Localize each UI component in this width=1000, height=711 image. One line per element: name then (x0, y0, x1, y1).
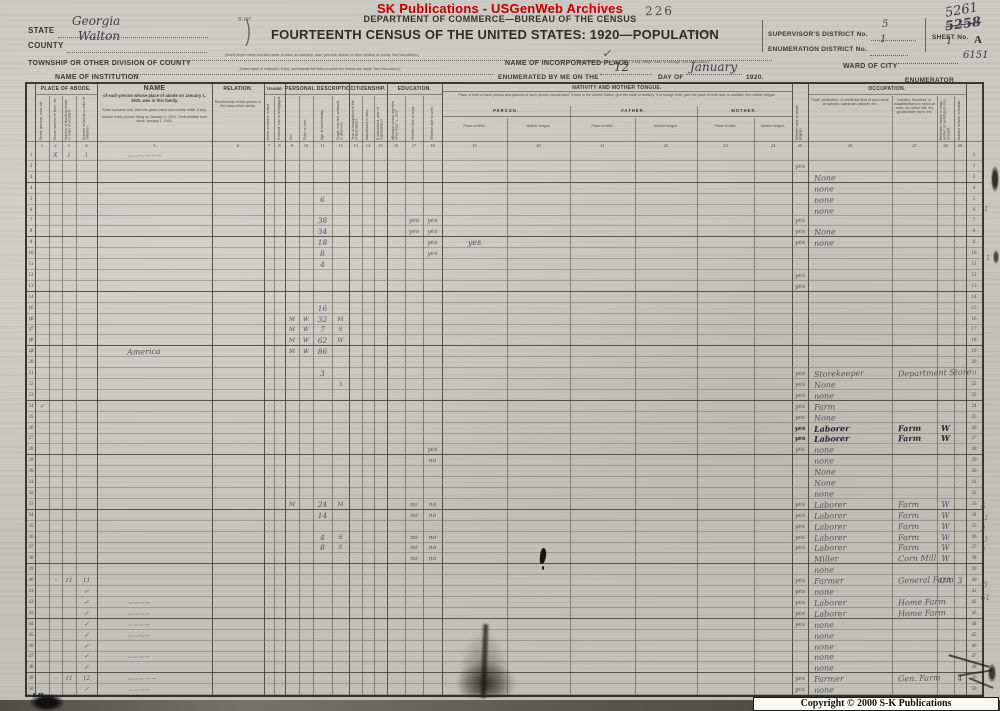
state-label: STATE (28, 26, 55, 35)
handwritten-entry: ✓ (76, 684, 97, 696)
row-number-right: 44 (966, 619, 982, 630)
handwritten-entry: 8 (313, 542, 332, 553)
handwritten-entry: 1 (62, 150, 76, 161)
column-header-label: 21 (570, 143, 635, 148)
column-header-label: 19 (442, 143, 507, 148)
handwritten-entry: W (937, 499, 954, 510)
edge-stamp: 8-4B (33, 693, 44, 699)
column-header-label: Number of farm schedule. (954, 96, 966, 140)
handwritten-entry: M (285, 346, 299, 357)
handwritten-entry: W (299, 346, 313, 357)
handwritten-entry: yes (792, 161, 808, 172)
sheet-letter: A (974, 34, 982, 46)
row-number-left: 5 (27, 194, 35, 205)
row-number-right: 2 (966, 161, 982, 172)
row-number-left: 45 (27, 630, 35, 641)
handwritten-entry: ✓ (76, 618, 97, 630)
pen-bracket-mark: ) (245, 14, 251, 48)
handwritten-entry: ✓ (27, 346, 35, 357)
row-number-left: 30 (27, 466, 35, 477)
day-handwritten-value: 12 (614, 60, 629, 74)
ward-handwritten-value: 6151 (963, 50, 988, 61)
month-handwritten-value: January (690, 60, 737, 74)
handwritten-entry: OA (937, 575, 954, 586)
handwritten-entry: 86 (313, 346, 332, 357)
row-number-right: 42 (966, 597, 982, 608)
handwritten-entry: ~ (49, 575, 62, 586)
handwritten-entry: Department Store (892, 367, 937, 379)
column-header-label: Place of birth of each person and parent… (444, 93, 790, 97)
column-header-label: 1 (35, 143, 49, 148)
row-number-left: 29 (27, 455, 35, 466)
row-number-right: 11 (966, 259, 982, 270)
group-name: NAME (97, 85, 212, 92)
row-number-right: 27 (966, 433, 982, 444)
row-number-right: 36 (966, 532, 982, 543)
handwritten-entry: yes (792, 575, 808, 586)
county-label: COUNTY (28, 41, 64, 50)
group-relation: RELATION. (212, 86, 264, 92)
handwritten-entry: yes (792, 368, 808, 379)
column-header-label: Naturalized or alien. (362, 96, 374, 140)
column-header-label: 12 (332, 143, 349, 148)
supervisor-label: SUPERVISOR'S DISTRICT No. (768, 31, 868, 38)
incorporated-place-mark: ✓ (602, 47, 611, 60)
census-title: FOURTEENTH CENSUS OF THE UNITED STATES: … (190, 27, 800, 42)
table-row (27, 270, 982, 281)
margin-scribble: 1 (986, 254, 990, 262)
district-box-divider (925, 18, 926, 52)
row-number-left: 22 (27, 379, 35, 390)
row-number-left: 40 (27, 575, 35, 586)
column-header-label: If owned, free or mortgaged. (274, 96, 285, 140)
column-header-label: Industry, business, or establishment in … (894, 98, 935, 114)
column-header-label: 4 (76, 143, 97, 148)
scan-edge-mark (993, 250, 999, 264)
column-header-label: Mother tongue. (754, 124, 792, 128)
handwritten-entry: 24 (313, 499, 332, 510)
census-sheet-scan: SK Publications - USGenWeb Archives 226 … (0, 0, 1000, 711)
handwritten-entry: yes (423, 237, 442, 248)
row-number-right: 40 (966, 575, 982, 586)
row-number-right: 26 (966, 423, 982, 434)
handwritten-entry: ~ (49, 673, 62, 684)
handwritten-entry: no (423, 553, 442, 564)
handwritten-entry: 11 (62, 575, 76, 586)
handwritten-entry: yes (792, 390, 808, 401)
table-row (27, 303, 982, 314)
grid-line (264, 94, 285, 95)
handwritten-entry: / (27, 335, 35, 346)
row-number-right: 18 (966, 335, 982, 346)
column-header-label: 25 (792, 143, 808, 148)
column-header-label: 5 (97, 143, 212, 148)
table-row (27, 292, 982, 303)
row-number-right: 29 (966, 455, 982, 466)
margin-scribble: 0 (983, 581, 987, 589)
row-number-right: 25 (966, 412, 982, 423)
grid-line (442, 116, 792, 117)
handwritten-entry: 6 (313, 193, 332, 204)
handwritten-entry: yes (792, 411, 808, 422)
row-number-left: 37 (27, 542, 35, 553)
handwritten-entry: yes (792, 379, 808, 390)
row-number-right: 28 (966, 444, 982, 455)
handwritten-entry: no (423, 499, 442, 510)
handwritten-entry: ✓ (76, 586, 97, 598)
table-row (27, 248, 982, 259)
grid-line (349, 94, 387, 95)
scratch-mark (988, 664, 996, 682)
handwritten-entry: yes (792, 586, 808, 597)
row-number-right: 41 (966, 586, 982, 597)
row-number-right: 24 (966, 401, 982, 412)
handwritten-entry: Corn Mill (892, 553, 937, 565)
row-number-left: 2 (27, 161, 35, 172)
column-header-label: 24 (754, 143, 792, 148)
year-label: 1920. (746, 74, 764, 81)
row-number-right: 19 (966, 346, 982, 357)
column-header-label: Home owned or rented. (264, 96, 274, 140)
table-row (27, 215, 982, 226)
handwritten-entry: Farm (892, 498, 937, 510)
row-number-right: 34 (966, 510, 982, 521)
enumerated-prefix: ENUMERATED BY ME ON THE (498, 74, 599, 81)
row-number-right: 3 (966, 172, 982, 183)
row-number-right: 50 (966, 684, 982, 695)
group-place-of-abode: PLACE OF ABODE. (35, 86, 97, 92)
column-header-label: 23 (697, 143, 754, 148)
handwritten-entry: 3 (332, 379, 349, 390)
column-header-label: 17 (405, 143, 423, 148)
handwritten-entry: S (332, 542, 349, 553)
row-number-left: 6 (27, 205, 35, 216)
handwritten-entry: yes (792, 226, 808, 237)
row-number-right: 31 (966, 477, 982, 488)
institution-blank-line (133, 73, 493, 75)
row-number-right: 16 (966, 314, 982, 325)
row-number-left: 14 (27, 292, 35, 303)
margin-scribble: 1 (984, 536, 988, 544)
column-header-label: MOTHER. (697, 108, 792, 113)
row-number-right: 4 (966, 183, 982, 194)
row-number-right: 22 (966, 379, 982, 390)
column-header-label: 27 (892, 143, 937, 148)
handwritten-entry: yes (423, 248, 442, 259)
row-number-right: 13 (966, 281, 982, 292)
row-number-right: 38 (966, 553, 982, 564)
grid-line (442, 91, 792, 92)
handwritten-entry: yes (792, 270, 808, 281)
table-row (27, 259, 982, 270)
handwritten-entry: 18 (313, 237, 332, 248)
row-number-left: 12 (27, 270, 35, 281)
row-number-left: 27 (27, 433, 35, 444)
handwritten-entry: no (405, 509, 423, 520)
row-number-left: 21 (27, 368, 35, 379)
grid-line (35, 94, 97, 95)
column-header-label: If naturalized, year of naturalization. (374, 96, 387, 140)
row-number-right: 6 (966, 205, 982, 216)
handwritten-entry: yes (792, 542, 808, 553)
row-number-left: 26 (27, 423, 35, 434)
row-number-right: 30 (966, 466, 982, 477)
row-number-right: 35 (966, 521, 982, 532)
column-header-label: Relationship of this person to the head … (213, 100, 263, 108)
handwritten-entry: W (299, 335, 313, 346)
handwritten-entry: ✓ (76, 608, 97, 620)
row-number-right: 17 (966, 324, 982, 335)
column-header-label: 13 (349, 143, 362, 148)
handwritten-entry: 3 (313, 368, 332, 379)
scan-edge-mark (991, 166, 999, 192)
row-number-left: 41 (27, 586, 35, 597)
handwritten-entry: / (27, 324, 35, 335)
grid-line (27, 141, 982, 142)
handwritten-entry: W (937, 509, 954, 520)
row-number-left: 4 (27, 183, 35, 194)
handwritten-entry: ✓ (76, 597, 97, 609)
row-number-left: 8 (27, 226, 35, 237)
enum-district-label: ENUMERATION DISTRICT No. (768, 46, 867, 53)
ward-blank-line (898, 62, 958, 64)
column-header-label: Whether able to speak English. (792, 96, 808, 140)
handwritten-entry: General Farm (892, 575, 937, 587)
column-header-label: 28 (937, 143, 954, 148)
handwritten-entry: M (332, 499, 349, 510)
handwritten-entry: yes (792, 684, 808, 695)
group-citizenship: CITIZENSHIP. (349, 86, 387, 92)
column-header-label: 8 (274, 143, 285, 148)
column-header-label: 18 (423, 143, 442, 148)
column-header-label: of each person whose place of abode on J… (99, 94, 210, 103)
row-number-left: 39 (27, 564, 35, 575)
handwritten-entry: yes (792, 673, 808, 684)
column-header-label: Number of dwelling house in order of vis… (62, 96, 76, 140)
department-line: DEPARTMENT OF COMMERCE—BUREAU OF THE CEN… (200, 14, 800, 24)
table-row (27, 314, 982, 325)
row-number-left: 28 (27, 444, 35, 455)
group-tenure: TENURE. (264, 87, 285, 91)
column-header-label: Employer, salary or wage worker, or work… (937, 96, 954, 140)
row-number-left: 24 (27, 401, 35, 412)
column-header-label: Attended school any time since Sept. 1, … (387, 96, 405, 140)
handwritten-entry: no (423, 509, 442, 520)
handwritten-entry: no (405, 499, 423, 510)
handwritten-entry: M (285, 499, 299, 510)
row-number-left: 10 (27, 248, 35, 259)
row-number-left: 31 (27, 477, 35, 488)
handwritten-entry: 12 (76, 673, 97, 685)
column-header-label: 16 (387, 143, 405, 148)
row-number-left: 38 (27, 553, 35, 564)
row-number-right: 15 (966, 303, 982, 314)
column-header-label: 26 (808, 143, 892, 148)
institution-instruction: [Insert name of institution, if any, and… (160, 67, 480, 71)
row-number-left: 7 (27, 215, 35, 226)
row-number-right: 8 (966, 226, 982, 237)
column-header-label: FATHER. (570, 108, 697, 113)
handwritten-entry: M (285, 335, 299, 346)
row-number-left: 33 (27, 499, 35, 510)
handwritten-entry: W (937, 520, 954, 531)
row-number-right: 12 (966, 270, 982, 281)
handwritten-entry: 4 (313, 259, 332, 270)
row-number-left: 13 (27, 281, 35, 292)
column-header-label: Include every person living on January 1… (99, 115, 210, 123)
handwritten-entry: yes (792, 618, 808, 629)
row-number-right: 7 (966, 215, 982, 226)
grid-line (285, 94, 349, 95)
margin-scribble: 7 (981, 547, 985, 555)
handwritten-entry: Farm (892, 509, 937, 521)
column-header-label: 20 (507, 143, 570, 148)
margin-scribble: 2 (981, 525, 985, 533)
group-personal-description: PERSONAL DESCRIPTION. (285, 86, 349, 92)
column-header-label: Color or race. (299, 96, 313, 140)
handwritten-entry: W (332, 335, 349, 346)
county-handwritten-value: Walton (78, 29, 120, 43)
census-table: PLACE OF ABODE.NAMEof each person whose … (25, 82, 984, 697)
table-row (27, 161, 982, 172)
row-number-left: 44 (27, 619, 35, 630)
row-number-left: 47 (27, 651, 35, 662)
table-row (27, 281, 982, 292)
row-number-left: 35 (27, 521, 35, 532)
table-row (27, 357, 982, 368)
copyright-notice: Copyright © 2000 S-K Publications (753, 697, 999, 711)
ward-label: WARD OF CITY (843, 63, 898, 70)
handwritten-entry: Farm (892, 520, 937, 532)
row-number-left: 48 (27, 662, 35, 673)
handwritten-entry: yes (792, 520, 808, 531)
column-header-label: Trade, profession, or particular kind of… (810, 98, 890, 106)
row-number-right: 5 (966, 194, 982, 205)
sheet-handwritten-value: 1 (946, 36, 952, 47)
margin-scribble: 1 (984, 514, 988, 522)
row-number-left: 11 (27, 259, 35, 270)
column-header-label: House number or farm, etc. (49, 96, 62, 140)
handwritten-entry: no (423, 455, 442, 466)
row-number-right: 46 (966, 641, 982, 652)
column-header-label: 7 (264, 143, 274, 148)
grid-line (387, 94, 442, 95)
margin-scribble: 61 (981, 594, 990, 602)
handwritten-entry: yes (792, 281, 808, 292)
row-number-left: 25 (27, 412, 35, 423)
row-number-right: 1 (966, 150, 982, 161)
handwritten-entry: Home Farm (892, 607, 937, 619)
row-number-left: 36 (27, 532, 35, 543)
row-number-right: 9 (966, 237, 982, 248)
row-number-right: 37 (966, 542, 982, 553)
enum-district-blank-line (870, 47, 908, 56)
handwritten-entry: X (49, 150, 62, 161)
row-number-left: 32 (27, 488, 35, 499)
row-number-left: 1 (27, 150, 35, 161)
column-header-label: Number of family in order of visitation. (76, 96, 97, 140)
group-education: EDUCATION. (387, 86, 442, 92)
handwritten-entry: ✓ (76, 629, 97, 641)
column-header-label: Place of birth. (697, 124, 754, 128)
day-of-label: DAY OF (658, 74, 684, 81)
column-header-label: Year of immigration to the United States… (349, 96, 362, 140)
row-number-right: 23 (966, 390, 982, 401)
row-number-right: 39 (966, 564, 982, 575)
handwritten-entry: yes (792, 499, 808, 510)
handwritten-entry: no (405, 553, 423, 564)
margin-scribble: 1 (984, 205, 988, 213)
handwritten-entry: Gen. Farm (892, 673, 937, 685)
township-instruction: [Insert proper name and also name of cla… (172, 53, 472, 57)
column-header-label: Whether able to write. (423, 96, 442, 140)
column-header-label: Sex. (285, 96, 299, 140)
handwritten-entry: 3 (954, 575, 966, 586)
supervisor-handwritten-value: 5 (882, 19, 888, 30)
handwritten-entry: 11 (76, 575, 97, 587)
column-header-label: 22 (635, 143, 697, 148)
group-occupation: OCCUPATION. (808, 86, 966, 92)
handwritten-entry: 8 (313, 248, 332, 259)
handwritten-entry: Farm (892, 433, 937, 445)
ward-row: WARD OF CITY (843, 55, 898, 73)
row-number-right: 32 (966, 488, 982, 499)
handwritten-entry: yes (792, 509, 808, 520)
column-header-label: 14 (362, 143, 374, 148)
column-header-label: Place of birth. (570, 124, 635, 128)
column-header-label: 2 (49, 143, 62, 148)
row-number-right: 14 (966, 292, 982, 303)
column-header-label: Single, married, widowed, or divorced. (332, 96, 349, 140)
handwritten-entry: / (27, 302, 35, 313)
handwritten-entry: yes (792, 444, 808, 455)
handwritten-entry: yes (792, 597, 808, 608)
row-number-left: 20 (27, 357, 35, 368)
column-header-label: 6 (212, 143, 264, 148)
handwritten-entry: ✓ (35, 401, 49, 412)
ink-blot-drip (542, 566, 544, 570)
row-number-left: 3 (27, 172, 35, 183)
row-number-left: 42 (27, 597, 35, 608)
handwritten-entry: 11 (62, 673, 76, 684)
column-header-label: Whether able to read. (405, 96, 423, 140)
handwritten-entry: W (937, 553, 954, 564)
row-number-right: 43 (966, 608, 982, 619)
institution-label: NAME OF INSTITUTION (55, 74, 139, 81)
column-header-label: 11 (313, 143, 332, 148)
column-header-label: Place of birth. (442, 124, 507, 128)
enum-district-handwritten-value: 1 (880, 34, 886, 45)
handwritten-entry: yes (405, 226, 423, 237)
row-number-left: 9 (27, 237, 35, 248)
row-number-left: 34 (27, 510, 35, 521)
row-number-left: 23 (27, 390, 35, 401)
row-number-left: 49 (27, 673, 35, 684)
row-number-left: 43 (27, 608, 35, 619)
enum-district-row: ENUMERATION DISTRICT No. (768, 38, 908, 56)
column-header-label: 15 (374, 143, 387, 148)
smudge-stain (455, 662, 517, 698)
column-header-label: Mother tongue. (507, 124, 570, 128)
row-number-right: 20 (966, 357, 982, 368)
district-box-left-border (762, 20, 763, 52)
column-header-label: Mother tongue. (635, 124, 697, 128)
group-nativity: NATIVITY AND MOTHER TONGUE. (442, 85, 792, 91)
column-header-label: 10 (299, 143, 313, 148)
handwritten-entry: yes (792, 237, 808, 248)
handwritten-entry: yes (792, 608, 808, 619)
state-handwritten-value: Georgia (72, 14, 120, 28)
